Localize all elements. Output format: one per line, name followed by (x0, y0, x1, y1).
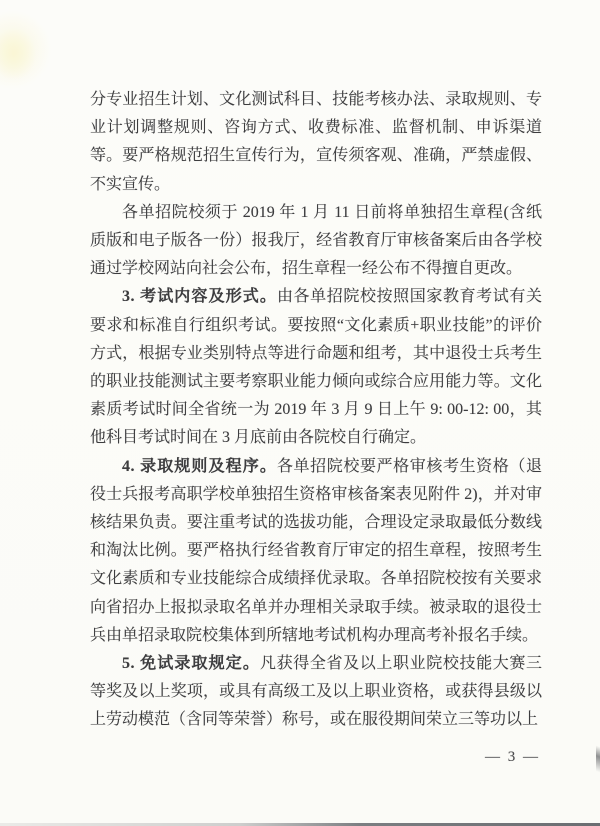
section-4-heading: 4. 录取规则及程序。 (122, 458, 277, 475)
scan-artifact-smudge (0, 28, 36, 80)
paragraph-exemption-rules: 5. 免试录取规定。凡获得全省及以上职业院校技能大赛三等奖及以上奖项，或具有高级… (90, 650, 542, 735)
paragraph-text: 各单招院校须于 2019 年 1 月 11 日前将单独招生章程(含纸质版和电子版… (90, 204, 542, 277)
document-body: 分专业招生计划、文化测试科目、技能考核办法、录取规则、专业计划调整规则、咨询方式… (90, 86, 542, 735)
paragraph-charter-submission: 各单招院校须于 2019 年 1 月 11 日前将单独招生章程(含纸质版和电子版… (90, 199, 542, 284)
paragraph-text: 分专业招生计划、文化测试科目、技能考核办法、录取规则、专业计划调整规则、咨询方式… (90, 91, 542, 193)
paragraph-continuation: 分专业招生计划、文化测试科目、技能考核办法、录取规则、专业计划调整规则、咨询方式… (90, 86, 542, 199)
section-5-heading: 5. 免试录取规定。 (122, 655, 260, 672)
paragraph-text: 各单招院校要严格审核考生资格（退役士兵报考高职学校单独招生资格审核备案表见附件 … (90, 458, 542, 644)
paragraph-exam-content: 3. 考试内容及形式。由各单招院校按照国家教育考试有关要求和标准自行组织考试。要… (90, 283, 542, 452)
paragraph-text: 由各单招院校按照国家教育考试有关要求和标准自行组织考试。要按照“文化素质+职业技… (90, 288, 542, 446)
scanned-document-page: 分专业招生计划、文化测试科目、技能考核办法、录取规则、专业计划调整规则、咨询方式… (0, 0, 600, 826)
page-number: — 3 — (485, 749, 540, 766)
paragraph-admission-rules: 4. 录取规则及程序。各单招院校要严格审核考生资格（退役士兵报考高职学校单独招生… (90, 453, 542, 650)
section-3-heading: 3. 考试内容及形式。 (122, 288, 277, 305)
scan-artifact-right-edge (596, 745, 600, 772)
